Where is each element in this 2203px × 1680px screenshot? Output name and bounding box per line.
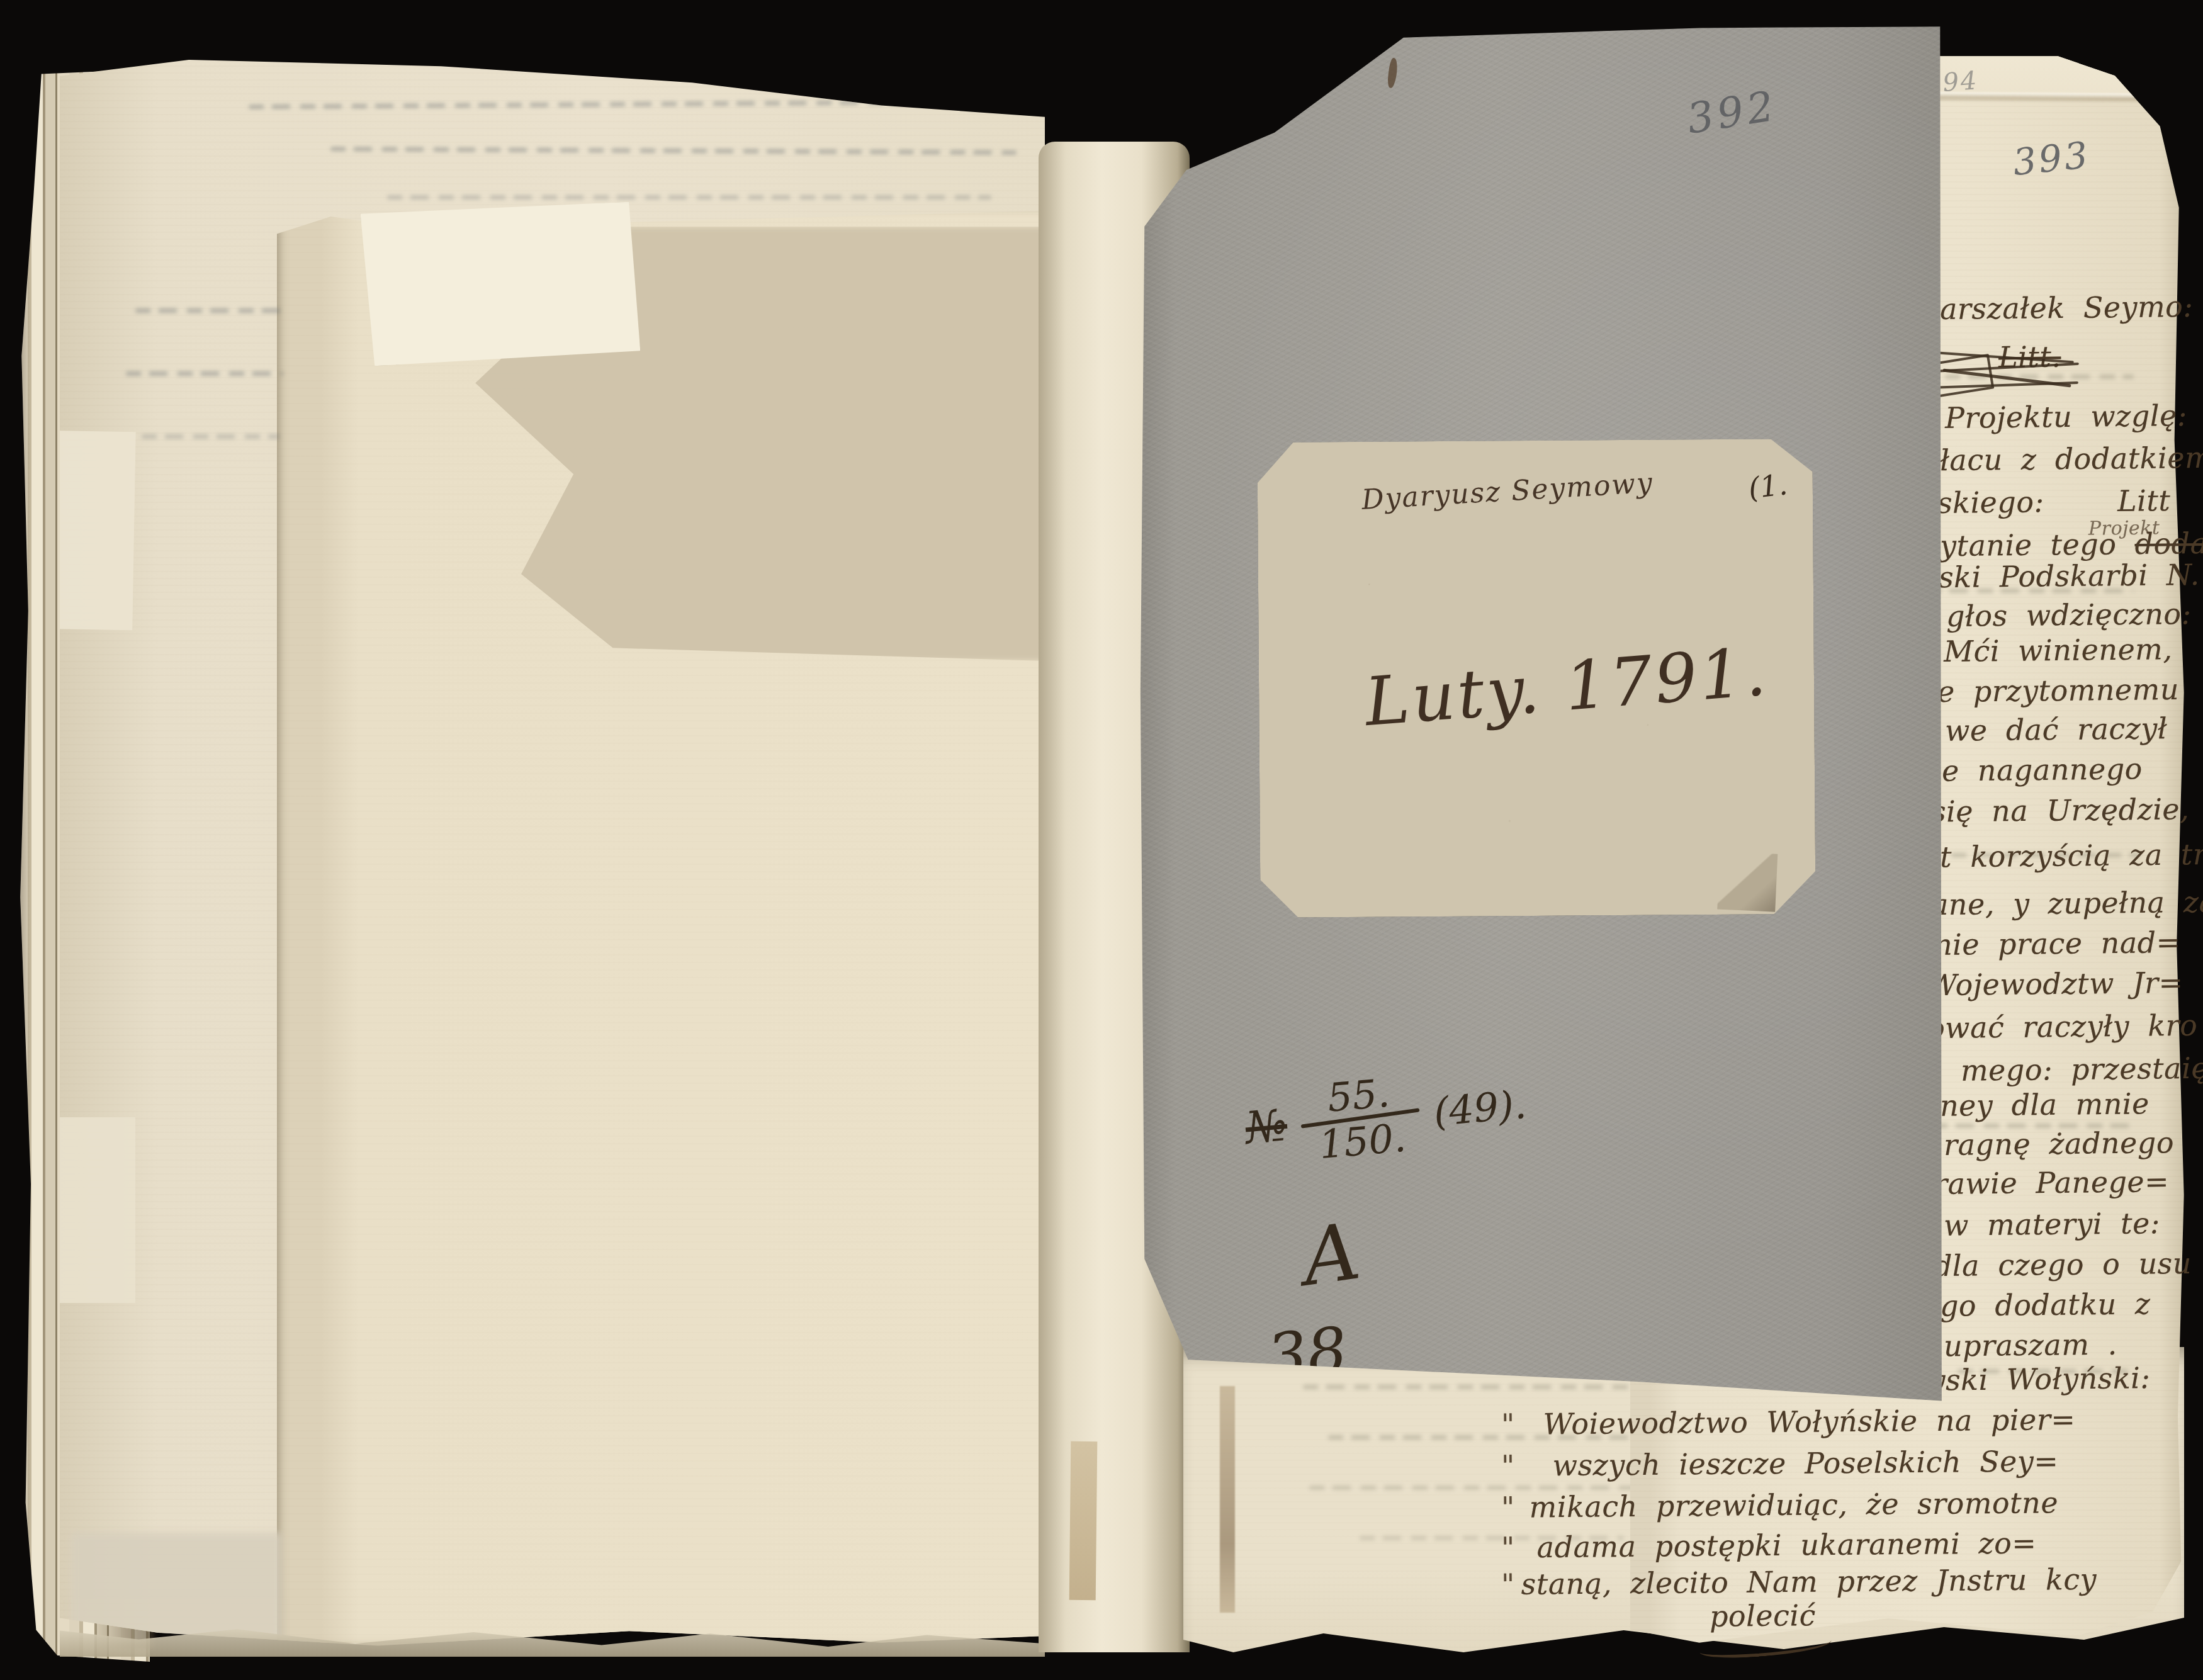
label-title: Dyaryusz Seymowy [1361,467,1654,516]
fraction-numerator: 55. [1326,1073,1391,1118]
manuscript-line: w materyi te: [1944,1206,2160,1243]
manuscript-line: we dać raczył [1945,711,2168,748]
line-text: mikach przewiduiąc, że sromotne [1529,1486,2058,1524]
quoted-line: "wszych ieszcze Poselskich Sey= [1501,1444,2059,1483]
shelf-fraction: 55. 150. [1297,1070,1424,1166]
fascicle-cover: 392 Dyaryusz Seymowy Luty. 1791. (1. № 5… [1138,25,1945,1404]
ghost-writing [387,195,991,200]
manuscript-line: skiego: Litt [1937,483,2171,520]
ghost-writing [135,308,286,313]
struck-text: doda: [2134,526,2203,561]
numero-sign: № [1243,1099,1289,1154]
stain-streak [1220,1386,1235,1613]
manuscript-line: e nagannego [1942,752,2143,787]
quote-mark: " [1501,1491,1515,1525]
pencil-foliation: 392 [1684,81,1781,144]
folded-corner [1717,852,1778,912]
quoted-line: "mikach przewiduiąc, że sromotne [1501,1486,2058,1525]
gutter-tape-strip [1069,1441,1098,1600]
manuscript-line: ryski Wołyński: [1915,1361,2151,1397]
quoted-line: "adama postępki ukaranemi zo= [1501,1526,2037,1564]
ghost-writing [330,147,1017,155]
manuscript-line: nie prace nad= [1934,925,2181,962]
manuscript-line: ragnę żadnego [1944,1125,2174,1162]
cover-label: Dyaryusz Seymowy Luty. 1791. (1. [1257,439,1815,918]
manuscript-line: go dodatku z [1940,1287,2151,1323]
manuscript-line: ować raczyły kro [1927,1008,2198,1045]
quoted-line: "Woiewodztwo Wołyńskie na pier= [1501,1402,2076,1441]
manuscript-line: ane, y zupełną za [1931,885,2203,922]
line-text: Woiewodztwo Wołyńskie na pier= [1543,1402,2075,1441]
line-text: ytanie tego [1940,527,2135,563]
line-text: staną, zlecito Nam przez Jnstru kcy [1521,1562,2097,1601]
ghost-writing [1303,1385,1655,1389]
shelf-mark: № 55. 150. (49). [1242,1061,1530,1171]
manuscript-line: e przytomnemu [1937,672,2179,709]
line-text: wszych ieszcze Poselskich Sey= [1552,1444,2058,1482]
manuscript-line: rawie Panege= [1934,1164,2170,1201]
manuscript-line: łacu z dodatkiem [1940,441,2203,478]
manuscript-line: Mći winienem, [1944,632,2173,668]
quoted-line: "staną, zlecito Nam przez Jnstru kcy [1501,1562,2097,1601]
quote-mark: " [1501,1449,1515,1483]
ghost-writing [286,54,1004,66]
manuscript-line: arszałek Seymo: [1940,290,2194,326]
manuscript-line: dla czego o usu [1934,1246,2192,1283]
closing-word: polecić [1710,1598,1816,1633]
ghost-writing [126,371,283,376]
line-text: adama postępki ukaranemi zo= [1536,1526,2036,1564]
ink-scribble [1927,345,2085,399]
label-date: Luty. 1791. [1362,633,1771,741]
manuscript-line: Projektu wzglę: [1945,398,2187,435]
left-page [60,19,1045,1652]
series-letter: A [1297,1206,1365,1304]
manuscript-line: st korzyścią za trudy [1925,837,2203,874]
manuscript-line: głos wdzięczno: [1946,597,2192,633]
manuscript-line: upraszam . [1944,1328,2117,1363]
quote-mark: " [1501,1407,1515,1441]
quote-mark: " [1501,1531,1515,1565]
ink-stain [1387,57,1399,88]
quote-mark: " [1501,1567,1515,1601]
shelf-aside: (49). [1432,1081,1528,1135]
manuscript-scan: 294 393 arszałek Seymo: Litt. Projektu w… [0,0,2203,1680]
fraction-denominator: 150. [1317,1118,1407,1165]
manuscript-line: a mego: przestaię [1925,1051,2203,1088]
repair-strip [57,1117,135,1303]
ghost-writing [249,99,1029,110]
manuscript-line: się na Urzędzie, to [1931,791,2203,828]
label-corner-number: (1. [1747,467,1789,505]
manuscript-line: ney dla mnie [1940,1086,2149,1122]
pencil-foliation: 393 [2011,133,2092,184]
ghost-writing [142,434,280,439]
pasted-sheet [277,211,1045,1643]
manuscript-line: ski Podskarbi N. [1939,558,2200,594]
paper-patch [360,201,640,366]
manuscript-line: Wojewodztw Jr= [1927,966,2183,1002]
